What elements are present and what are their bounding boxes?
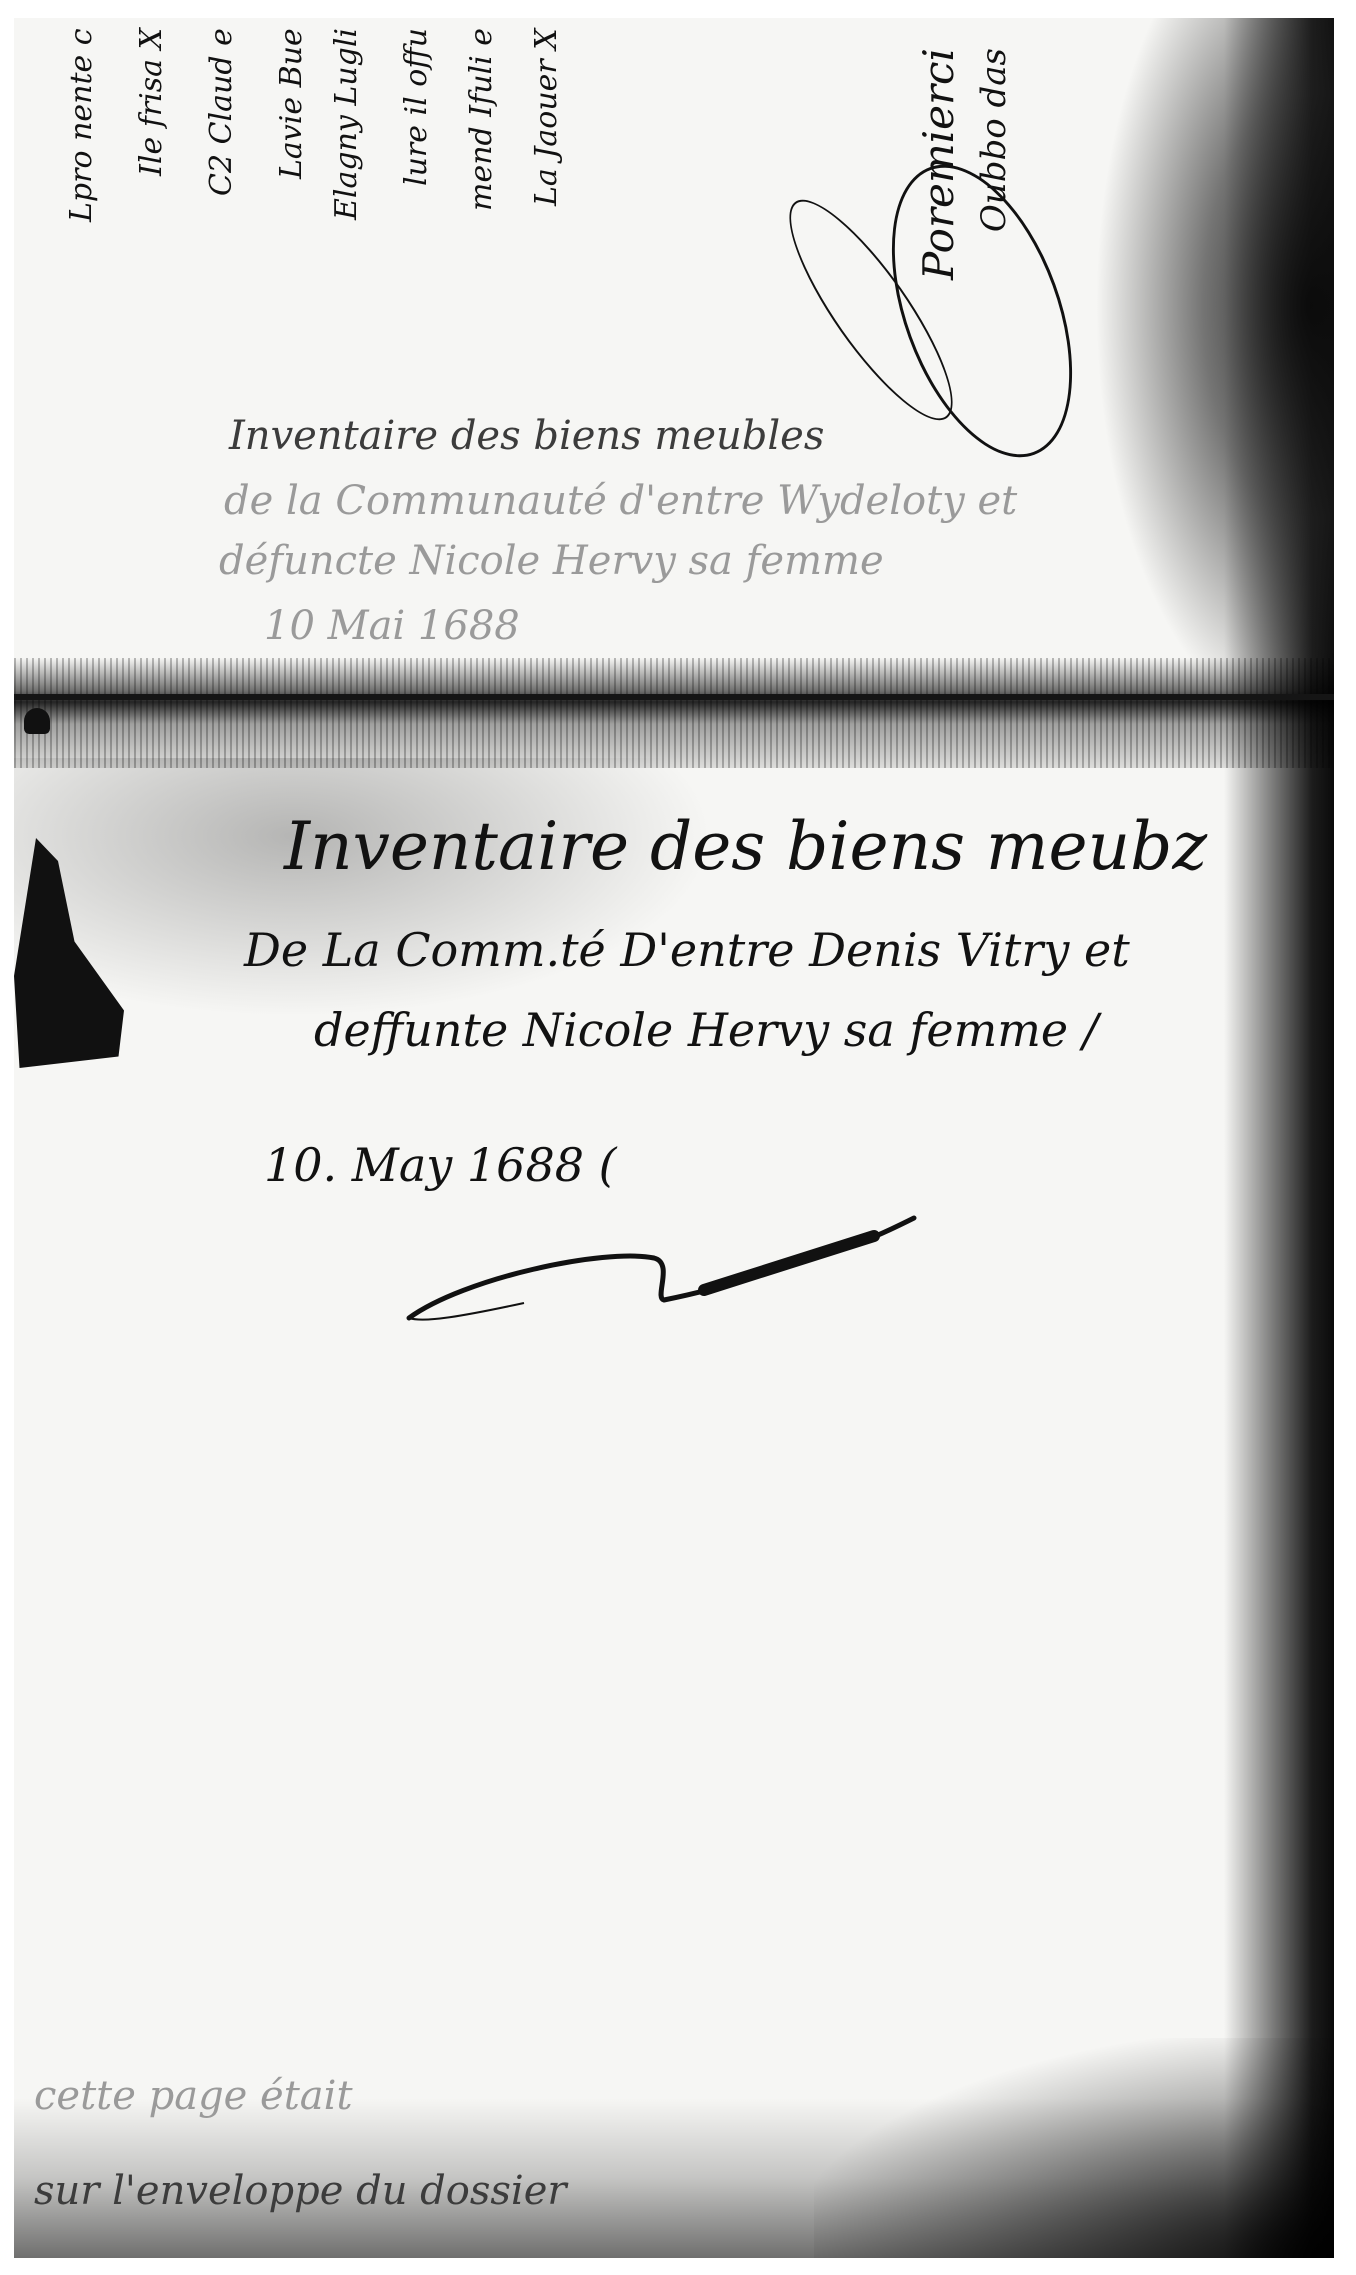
signature-line: Oubbo das (974, 48, 1014, 232)
vertical-note-line: C2 Claud e (204, 28, 239, 338)
signature-line: Poremierci (914, 48, 963, 280)
vertical-note-line: Elagny Lugli (329, 28, 364, 338)
pencil-annotation-line: défuncte Nicole Hervy sa femme (219, 538, 884, 584)
fold-crease-band (14, 658, 1334, 768)
vertical-note-line: lure il offu (399, 28, 434, 338)
bottom-note-line: cette page était (34, 2073, 353, 2119)
inventory-subtitle-line: deffunte Nicole Hervy sa femme / (314, 1003, 1098, 1057)
inventory-date: 10. May 1688 ( (264, 1138, 617, 1192)
pencil-annotation-line: de la Communauté d'entre Wydeloty et (224, 478, 1017, 524)
notary-signature: Poremierci Oubbo das (814, 28, 1094, 458)
photocopy-grey-wash (14, 758, 714, 1018)
bottom-right-shadow (814, 2038, 1334, 2258)
fold-tick-mark (24, 708, 50, 734)
inventory-subtitle-line: De La Comm.té D'entre Denis Vitry et (244, 923, 1130, 977)
vertical-note-line: Ile frisa X (134, 28, 169, 338)
vertical-note-line: Lpro nente c (64, 28, 99, 338)
pencil-annotation-date: 10 Mai 1688 (264, 603, 520, 649)
vertical-note-line: Lavie Bue (274, 28, 309, 338)
vertical-note-line: La Jaouer X (529, 28, 564, 338)
vertical-notes-block: Lpro nente c Ile frisa X C2 Claud e Lavi… (64, 28, 624, 348)
top-right-shadow (1094, 18, 1334, 738)
vertical-note-line: mend Ifuli e (464, 28, 499, 338)
document-page: Lpro nente c Ile frisa X C2 Claud e Lavi… (14, 18, 1334, 2258)
fold-line (14, 694, 1334, 700)
bottom-note-line: sur l'enveloppe du dossier (34, 2168, 567, 2214)
paraph-flourish-icon (404, 1208, 924, 1328)
pencil-annotation-line: Inventaire des biens meubles (229, 413, 824, 459)
inventory-title: Inventaire des biens meubz (284, 808, 1207, 885)
